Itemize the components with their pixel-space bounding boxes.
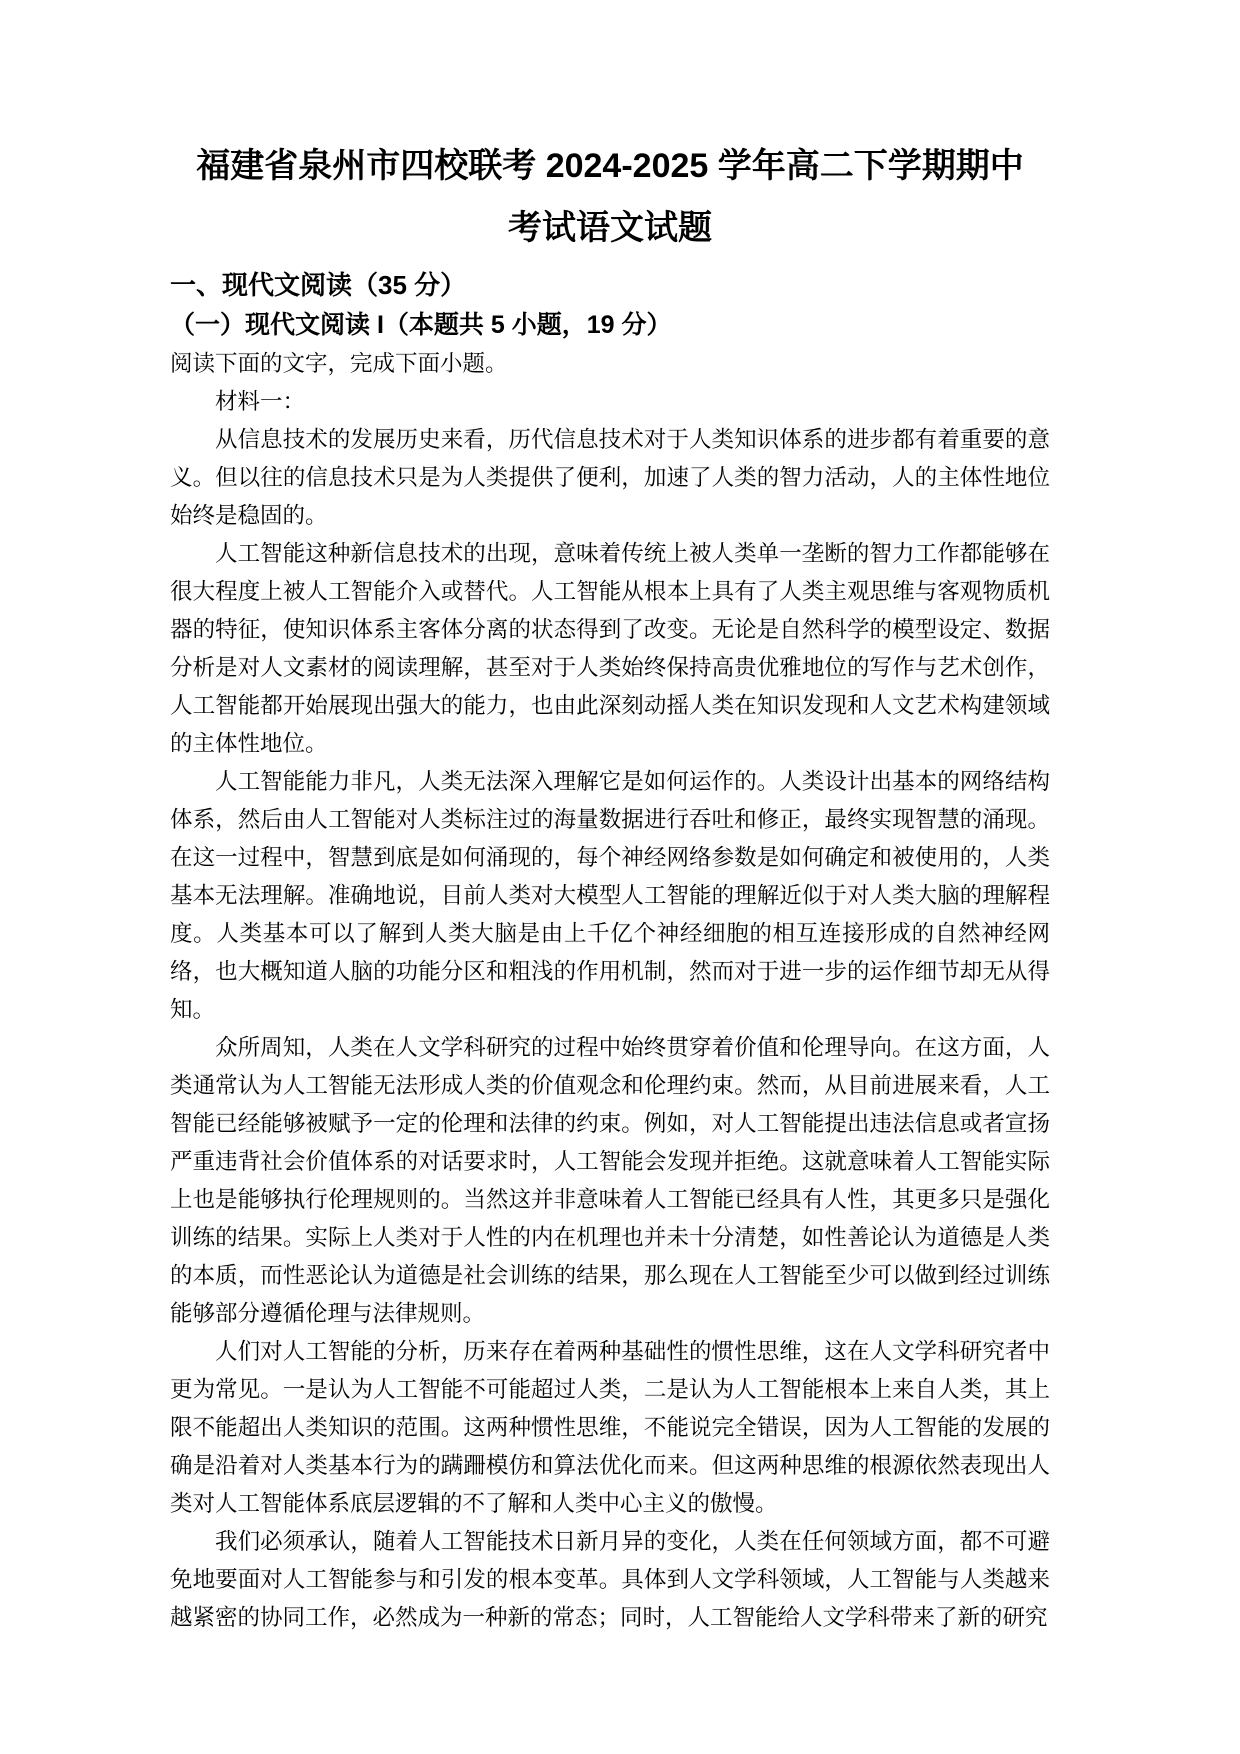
passage-paragraph-6: 我们必须承认，随着人工智能技术日新月异的变化，人类在任何领域方面，都不可避免地要… [170,1523,1050,1637]
material-one-label: 材料一： [170,383,1050,421]
passage-paragraph-3: 人工智能能力非凡，人类无法深入理解它是如何运作的。人类设计出基本的网络结构体系，… [170,763,1050,1029]
passage-paragraph-4: 众所周知，人类在人文学科研究的过程中始终贯穿着价值和伦理导向。在这方面，人类通常… [170,1029,1050,1333]
passage-paragraph-1: 从信息技术的发展历史来看，历代信息技术对于人类知识体系的进步都有着重要的意义。但… [170,421,1050,535]
passage-paragraph-2: 人工智能这种新信息技术的出现，意味着传统上被人类单一垄断的智力工作都能够在很大程… [170,535,1050,763]
subsection-heading-reading-1: （一）现代文阅读 I（本题共 5 小题，19 分） [170,305,1050,345]
title-line-1: 福建省泉州市四校联考 2024-2025 学年高二下学期期中 [170,135,1050,197]
title-line-2: 考试语文试题 [170,197,1050,259]
exam-document-page: 福建省泉州市四校联考 2024-2025 学年高二下学期期中 考试语文试题 一、… [0,0,1240,1754]
passage-paragraph-5: 人们对人工智能的分析，历来存在着两种基础性的惯性思维，这在人文学科研究者中更为常… [170,1333,1050,1523]
reading-instruction: 阅读下面的文字，完成下面小题。 [170,345,1050,383]
section-heading-modern-reading: 一、现代文阅读（35 分） [170,265,1050,305]
reading-passage: 阅读下面的文字，完成下面小题。 材料一： 从信息技术的发展历史来看，历代信息技术… [170,345,1050,1637]
document-title: 福建省泉州市四校联考 2024-2025 学年高二下学期期中 考试语文试题 [170,135,1050,259]
